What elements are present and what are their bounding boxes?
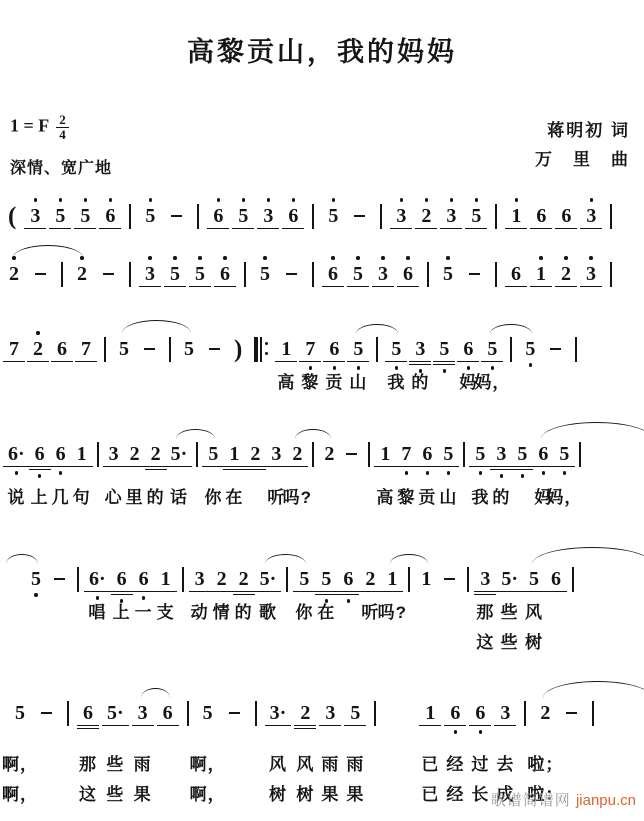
note: 7 — [8, 337, 20, 361]
note-digit: 3 — [29, 204, 41, 228]
note-digit: 5 — [144, 204, 156, 228]
note: 5你 — [207, 442, 219, 466]
note-digit: 3 — [137, 701, 149, 725]
note: 1 — [420, 567, 432, 591]
octave-dot-above — [173, 256, 177, 260]
underline — [440, 228, 462, 230]
lyric-verse1: 啦； — [527, 750, 563, 775]
octave-dot-below — [38, 474, 42, 478]
lyric-verse1: 啊， — [2, 750, 38, 775]
left-paren: ( — [8, 204, 16, 229]
lyric-verse1: 风 — [525, 598, 543, 623]
note-digit: 1 — [379, 442, 391, 466]
dash-note — [52, 567, 67, 591]
underline — [265, 725, 292, 727]
note-digit: 6 — [462, 337, 474, 361]
barline — [380, 204, 382, 229]
lyric-verse1: 话 — [170, 483, 188, 508]
barline — [77, 567, 79, 592]
note: 5 — [470, 204, 482, 228]
lyric-verse2: 树 — [269, 780, 287, 805]
dash-note — [142, 337, 157, 361]
note: 5雨果 — [349, 701, 361, 725]
note: 6·说 — [8, 442, 25, 466]
dash-note — [442, 567, 457, 591]
note: 2 — [420, 204, 432, 228]
barline — [182, 567, 184, 592]
note: 5 — [438, 337, 450, 361]
note: 5 — [352, 262, 364, 286]
music-line-4: 6·说6上6几1句3心2里2的5·话5你1在23听2吗?21高7黎6贡5山5我3… — [8, 442, 640, 467]
note-digit: 6 — [510, 262, 522, 286]
note: 5啊，啊， — [202, 701, 214, 725]
lyric-verse1: 妈， — [546, 483, 582, 508]
lyric-verse2: 果 — [321, 780, 339, 805]
underline — [155, 591, 177, 593]
note-digit: 5 — [30, 567, 42, 591]
lyric-verse1: 那 — [476, 598, 494, 623]
note-digit: 5 — [14, 701, 26, 725]
octave-dot-below — [447, 471, 451, 475]
lyric-verse1: 吗? — [378, 598, 407, 623]
underline — [77, 728, 99, 730]
barline — [374, 701, 376, 726]
underline — [532, 466, 554, 468]
note-digit: 5· — [107, 701, 124, 725]
octave-dot-above — [242, 198, 246, 202]
underline — [465, 228, 487, 230]
note-digit: 5· — [501, 567, 518, 591]
underline — [409, 361, 431, 363]
octave-dot-below — [479, 730, 483, 734]
barline — [376, 337, 378, 362]
tie-arc — [6, 554, 38, 564]
note-digit: 5· — [171, 442, 188, 466]
note-digit: 6 — [402, 262, 414, 286]
note-digit: 2 — [8, 262, 20, 286]
note: 3的 — [414, 337, 426, 361]
lyric-verse1: 的 — [492, 483, 510, 508]
dash-note — [227, 701, 242, 725]
underline — [27, 361, 49, 363]
underline — [397, 286, 419, 288]
lyric-verse1: 说 — [7, 483, 25, 508]
note-digit: 5 — [349, 701, 361, 725]
lyric-verse1: 山 — [349, 368, 367, 393]
note: 6 — [510, 262, 522, 286]
note-digit: 2 — [420, 204, 432, 228]
note-digit: 7 — [80, 337, 92, 361]
lyric-verse2: 些 — [501, 628, 519, 653]
note: 6一 — [138, 567, 150, 591]
octave-dot-above — [356, 256, 360, 260]
underline — [494, 725, 516, 727]
underline — [103, 466, 125, 468]
octave-dot-above — [217, 198, 221, 202]
underline — [359, 591, 381, 593]
note: 3的 — [495, 442, 507, 466]
note-digit: 6 — [287, 204, 299, 228]
underline — [77, 725, 99, 727]
underline — [319, 725, 341, 727]
note: 5在 — [320, 567, 332, 591]
note-digit: 6 — [342, 567, 354, 591]
lyricist-credit: 蒋明初 词 — [535, 116, 630, 145]
lyric-verse1: 高 — [376, 483, 394, 508]
tempo-marking: 深情、宽广地 — [10, 155, 112, 178]
underline — [505, 228, 527, 230]
note: 2情 — [216, 567, 228, 591]
octave-dot-above — [263, 256, 267, 260]
note-digit: 3 — [377, 262, 389, 286]
octave-dot-below — [542, 471, 546, 475]
underline — [275, 361, 297, 363]
underline — [530, 228, 552, 230]
underline — [415, 228, 437, 230]
note-digit: 3 — [194, 567, 206, 591]
note: 3 — [29, 204, 41, 228]
underline — [337, 591, 359, 593]
lyric-verse2: 长 — [471, 780, 489, 805]
note-digit: 3 — [499, 701, 511, 725]
octave-dot-below — [563, 471, 567, 475]
note-digit: 2 — [32, 337, 44, 361]
note-digit: 1 — [228, 442, 240, 466]
underline — [374, 466, 396, 468]
dash-note — [344, 442, 359, 466]
octave-dot-below — [521, 474, 525, 478]
tie-arc — [12, 245, 85, 259]
underline — [102, 725, 129, 727]
underline — [189, 591, 211, 593]
note: 5·歌 — [260, 567, 277, 591]
dash-note — [101, 262, 116, 286]
note: 6·唱 — [89, 567, 106, 591]
note-digit: 6 — [55, 442, 67, 466]
octave-dot-below — [500, 474, 504, 478]
underline — [555, 228, 577, 230]
note: 5 — [169, 262, 181, 286]
underline — [133, 591, 155, 593]
underline — [75, 361, 97, 363]
underline — [50, 466, 72, 468]
barline — [187, 701, 189, 726]
note: 5你 — [298, 567, 310, 591]
note-digit: 2 — [216, 567, 228, 591]
note-digit: 5 — [438, 337, 450, 361]
note-digit: 2 — [299, 701, 311, 725]
note: 5我 — [390, 337, 402, 361]
dash-note — [169, 204, 184, 228]
note: 1在 — [228, 442, 240, 466]
note: 7黎 — [400, 442, 412, 466]
underline — [294, 725, 316, 727]
note-digit: 5 — [474, 442, 486, 466]
note-digit: 6 — [82, 701, 94, 725]
octave-dot-above — [84, 198, 88, 202]
note: 3 — [395, 204, 407, 228]
credits: 蒋明初 词 万 里 曲 — [535, 116, 630, 174]
underline — [157, 725, 179, 727]
lyric-verse1: 在 — [317, 598, 335, 623]
lyric-verse1: 啊， — [190, 750, 226, 775]
lyric-verse2: 啊， — [190, 780, 226, 805]
note-digit: 1 — [424, 701, 436, 725]
note-digit: 1 — [510, 204, 522, 228]
lyric-verse1: 些 — [106, 750, 124, 775]
underline — [523, 591, 545, 593]
barline — [197, 204, 199, 229]
note-digit: 2 — [291, 442, 303, 466]
lyric-verse1: 一 — [135, 598, 153, 623]
underline — [49, 228, 71, 230]
underline — [490, 469, 512, 471]
underline — [545, 591, 567, 593]
note-digit: 5 — [194, 262, 206, 286]
note-digit: 1 — [420, 567, 432, 591]
note-digit: 5 — [118, 337, 130, 361]
octave-dot-above — [446, 256, 450, 260]
note: 3 — [377, 262, 389, 286]
underline — [323, 361, 345, 363]
lyric-verse1: 几 — [52, 483, 70, 508]
note: 6经经 — [449, 701, 461, 725]
barline — [129, 204, 131, 229]
note-digit: 6 — [560, 204, 572, 228]
lyric-verse2: 已 — [421, 780, 439, 805]
note: 3那这 — [479, 567, 491, 591]
note-digit: 5 — [486, 337, 498, 361]
note-digit: 1 — [76, 442, 88, 466]
lyric-verse1: 黎 — [397, 483, 415, 508]
note: 6 — [287, 204, 299, 228]
music-line-1: (355656536532351663 — [8, 204, 640, 229]
octave-dot-below — [347, 599, 351, 603]
note: 6贡 — [421, 442, 433, 466]
barline — [368, 442, 370, 467]
note-digit: 2 — [238, 567, 250, 591]
dash-note — [284, 262, 299, 286]
underline — [395, 466, 417, 468]
note: 2风树 — [299, 701, 311, 725]
note: 3·风树 — [270, 701, 287, 725]
underline — [457, 361, 479, 363]
note: 6 — [327, 262, 339, 286]
underline — [437, 466, 459, 468]
lyric-verse2: 果 — [346, 780, 364, 805]
note: 2 — [76, 262, 88, 286]
octave-dot-above — [425, 198, 429, 202]
underline — [433, 364, 455, 366]
lyric-verse1: 风 — [269, 750, 287, 775]
dash-note — [33, 262, 48, 286]
note-digit: 6· — [8, 442, 25, 466]
underline — [207, 228, 229, 230]
barline — [495, 262, 497, 287]
note: 5妈， — [486, 337, 498, 361]
underline — [223, 469, 245, 471]
underline — [244, 466, 266, 468]
lyric-verse1: 在 — [225, 483, 243, 508]
note-digit: 2 — [323, 442, 335, 466]
note-digit: 1 — [535, 262, 547, 286]
note: 3雨果 — [324, 701, 336, 725]
note-digit: 3 — [262, 204, 274, 228]
lyric-verse1: 动 — [191, 598, 209, 623]
lyric-verse1: 已 — [421, 750, 439, 775]
watermark-domain: jianpu.cn — [576, 792, 636, 809]
tie-arc — [532, 547, 644, 564]
barline — [312, 204, 314, 229]
note-digit: 3 — [144, 262, 156, 286]
barline — [286, 567, 288, 592]
note-digit: 3 — [108, 442, 120, 466]
underline — [490, 466, 512, 468]
octave-dot-above — [381, 256, 385, 260]
note: 5 — [516, 442, 528, 466]
underline — [580, 228, 602, 230]
note: 1 — [535, 262, 547, 286]
note: 6过长 — [474, 701, 486, 725]
lyric-verse1: 那 — [79, 750, 97, 775]
note-digit: 1 — [280, 337, 292, 361]
octave-dot-above — [36, 331, 40, 335]
lyric-verse1: 里 — [126, 483, 144, 508]
octave-dot-below — [479, 471, 483, 475]
barline — [463, 442, 465, 467]
lyric-verse2: 这 — [79, 780, 97, 805]
time-signature: 24 — [56, 113, 69, 141]
octave-dot-above — [267, 198, 271, 202]
note-digit: 5 — [470, 204, 482, 228]
note: 5 — [259, 262, 271, 286]
lyric-verse1: 的 — [147, 483, 165, 508]
tie-arc — [356, 324, 399, 334]
note: 5 — [144, 204, 156, 228]
underline — [419, 725, 441, 727]
lyric-verse1: 雨 — [321, 750, 339, 775]
octave-dot-above — [400, 198, 404, 202]
note: 1高 — [379, 442, 391, 466]
note-digit: 7 — [304, 337, 316, 361]
note-digit: 3 — [445, 204, 457, 228]
tie-arc — [122, 320, 192, 334]
right-paren: ) — [234, 337, 242, 362]
note-digit: 5 — [298, 567, 310, 591]
barline — [572, 567, 574, 592]
note: 5 — [524, 337, 536, 361]
note: 5 — [79, 204, 91, 228]
tie-arc — [390, 554, 429, 564]
note-digit: 6 — [550, 567, 562, 591]
lyric-verse1: 你 — [204, 483, 222, 508]
barline — [169, 337, 171, 362]
note: 1 — [510, 204, 522, 228]
time-signature-denominator: 4 — [56, 128, 69, 142]
note: 3 — [585, 204, 597, 228]
underline — [416, 466, 438, 468]
underline — [211, 591, 233, 593]
note: 6上 — [34, 442, 46, 466]
note-digit: 3 — [585, 204, 597, 228]
lyric-verse2: 经 — [446, 780, 464, 805]
note: 3 — [144, 262, 156, 286]
barline — [495, 204, 497, 229]
dash-note — [548, 337, 563, 361]
dash-note — [207, 337, 222, 361]
underline — [474, 594, 496, 596]
note-digit: 5 — [442, 442, 454, 466]
note-digit: 5 — [327, 204, 339, 228]
note-digit: 1 — [160, 567, 172, 591]
octave-dot-below — [405, 471, 409, 475]
underline — [29, 469, 51, 471]
note: 7 — [80, 337, 92, 361]
barline — [312, 442, 314, 467]
lyric-verse1: 些 — [501, 598, 519, 623]
note: 6 — [162, 701, 174, 725]
note: 5 — [54, 204, 66, 228]
octave-dot-above — [450, 198, 454, 202]
music-line-6: 5啊，啊，6那这5·些些3雨果65啊，啊，3·风树2风树3雨果5雨果1已已6经经… — [14, 701, 640, 726]
lyric-verse1: 山 — [439, 483, 457, 508]
underline — [265, 466, 287, 468]
underline — [293, 591, 315, 593]
note-digit: 5 — [524, 337, 536, 361]
barline — [579, 442, 581, 467]
note: 2 — [560, 262, 572, 286]
note-digit: 5 — [207, 442, 219, 466]
note-digit: 5· — [260, 567, 277, 591]
underline — [132, 725, 154, 727]
note: 5 — [30, 567, 42, 591]
underline — [124, 466, 146, 468]
underline — [99, 228, 121, 230]
note-digit: 6 — [535, 204, 547, 228]
barline — [129, 262, 131, 287]
note: 5 — [183, 337, 195, 361]
octave-dot-above — [149, 198, 153, 202]
octave-dot-above — [539, 256, 543, 260]
note-digit: 3 — [395, 204, 407, 228]
dash-note — [467, 262, 482, 286]
key-signature: 1 = F24 — [10, 113, 112, 141]
barline — [610, 262, 612, 287]
lyric-verse1: 情 — [213, 598, 231, 623]
note: 5妈， — [558, 442, 570, 466]
lyric-verse1: 贡 — [325, 368, 343, 393]
octave-dot-above — [406, 256, 410, 260]
tie-arc — [141, 688, 171, 698]
note: 6 — [219, 262, 231, 286]
note: 5 — [194, 262, 206, 286]
underline — [390, 228, 412, 230]
lyric-verse1: 风 — [296, 750, 314, 775]
note: 3雨果 — [137, 701, 149, 725]
note: 3听 — [270, 442, 282, 466]
note: 5我 — [474, 442, 486, 466]
barline — [244, 262, 246, 287]
note-digit: 5 — [79, 204, 91, 228]
lyric-verse1: 黎 — [301, 368, 319, 393]
octave-dot-below — [443, 369, 447, 373]
time-signature-numerator: 2 — [56, 113, 69, 128]
note-digit: 5 — [390, 337, 402, 361]
underline — [322, 286, 344, 288]
underline — [145, 469, 167, 471]
octave-dot-below — [529, 363, 533, 367]
barline — [575, 337, 577, 362]
